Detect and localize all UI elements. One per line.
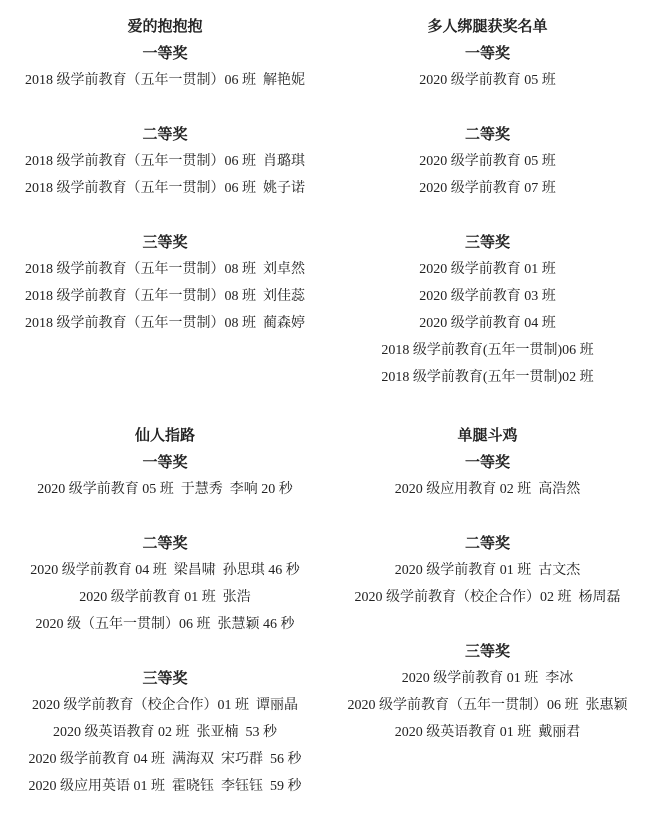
award-header-second-prize: 二等奖 — [0, 121, 330, 148]
section-title-immortal-guide: 仙人指路 — [0, 422, 330, 449]
award-entry: 2020 级学前教育 05 班 — [330, 67, 645, 94]
section-immortal-guide: 仙人指路 一等奖 2020 级学前教育 05 班 于慧秀 李响 20 秒 二等奖… — [0, 422, 330, 834]
award-entry: 2018 级学前教育（五年一贯制）08 班 蔺森婷 — [0, 310, 330, 337]
award-group-second-prize: 二等奖 2020 级学前教育 05 班 2020 级学前教育 07 班 — [330, 121, 645, 202]
award-header-third-prize: 三等奖 — [330, 229, 645, 256]
award-entry: 2020 级应用教育 02 班 高浩然 — [330, 476, 645, 503]
award-group-second-prize: 二等奖 2020 级学前教育 04 班 梁昌啸 孙思琪 46 秒 2020 级学… — [0, 530, 330, 638]
award-entry: 2018 级学前教育（五年一贯制）06 班 肖璐琪 — [0, 148, 330, 175]
award-header-third-prize: 三等奖 — [330, 638, 645, 665]
award-entry: 2018 级学前教育（五年一贯制）08 班 刘佳蕊 — [0, 283, 330, 310]
award-group-first-prize: 一等奖 2020 级应用教育 02 班 高浩然 — [330, 449, 645, 503]
award-header-first-prize: 一等奖 — [330, 449, 645, 476]
award-group-first-prize: 一等奖 2020 级学前教育 05 班 于慧秀 李响 20 秒 — [0, 449, 330, 503]
award-group-third-prize: 三等奖 2018 级学前教育（五年一贯制）08 班 刘卓然 2018 级学前教育… — [0, 229, 330, 337]
award-entry: 2020 级学前教育 04 班 梁昌啸 孙思琪 46 秒 — [0, 557, 330, 584]
section-title-multi-leg: 多人绑腿获奖名单 — [330, 13, 645, 40]
award-entry: 2020 级英语教育 01 班 戴丽君 — [330, 719, 645, 746]
award-entry: 2020 级学前教育 01 班 — [330, 256, 645, 283]
award-header-first-prize: 一等奖 — [330, 40, 645, 67]
award-entry: 2020 级学前教育 04 班 满海双 宋巧群 56 秒 — [0, 746, 330, 773]
award-group-second-prize: 二等奖 2020 级学前教育 01 班 古文杰 2020 级学前教育（校企合作）… — [330, 530, 645, 611]
award-header-second-prize: 二等奖 — [330, 530, 645, 557]
award-entry: 2020 级学前教育 07 班 — [330, 175, 645, 202]
award-group-first-prize: 一等奖 2020 级学前教育 05 班 — [330, 40, 645, 94]
award-entry: 2020 级学前教育（校企合作）01 班 谭丽晶 — [0, 692, 330, 719]
award-group-first-prize: 一等奖 2018 级学前教育（五年一贯制）06 班 解艳妮 — [0, 40, 330, 94]
award-group-third-prize: 三等奖 2020 级学前教育 01 班 2020 级学前教育 03 班 2020… — [330, 229, 645, 391]
award-entry: 2020 级（五年一贯制）06 班 张慧颖 46 秒 — [0, 611, 330, 638]
award-entry: 2020 级学前教育（校企合作）02 班 杨周磊 — [330, 584, 645, 611]
award-entry: 2020 级学前教育 01 班 张浩 — [0, 584, 330, 611]
award-header-first-prize: 一等奖 — [0, 40, 330, 67]
award-header-second-prize: 二等奖 — [330, 121, 645, 148]
award-entry: 2020 级应用英语 01 班 霍晓钰 李钰钰 59 秒 — [0, 773, 330, 800]
award-header-first-prize: 一等奖 — [0, 449, 330, 476]
award-entry: 2020 级学前教育（五年一贯制）06 班 张惠颖 — [330, 692, 645, 719]
award-entry: 2018 级学前教育(五年一贯制)02 班 — [330, 364, 645, 391]
award-header-third-prize: 三等奖 — [0, 665, 330, 692]
award-group-third-prize: 三等奖 2020 级学前教育 01 班 李冰 2020 级学前教育（五年一贯制）… — [330, 638, 645, 746]
award-entry: 2020 级学前教育 05 班 于慧秀 李响 20 秒 — [0, 476, 330, 503]
award-entry: 2018 级学前教育（五年一贯制）06 班 姚子诺 — [0, 175, 330, 202]
award-entry: 2020 级学前教育 03 班 — [330, 283, 645, 310]
award-entry: 2020 级学前教育 04 班 — [330, 310, 645, 337]
section-one-leg-fight: 单腿斗鸡 一等奖 2020 级应用教育 02 班 高浩然 二等奖 2020 级学… — [330, 422, 645, 834]
award-entry: 2018 级学前教育（五年一贯制）06 班 解艳妮 — [0, 67, 330, 94]
section-title-love-hug: 爱的抱抱抱 — [0, 13, 330, 40]
document-page: 爱的抱抱抱 一等奖 2018 级学前教育（五年一贯制）06 班 解艳妮 二等奖 … — [0, 0, 645, 834]
award-entry: 2018 级学前教育（五年一贯制）08 班 刘卓然 — [0, 256, 330, 283]
award-header-third-prize: 三等奖 — [0, 229, 330, 256]
award-group-third-prize: 三等奖 2020 级学前教育（校企合作）01 班 谭丽晶 2020 级英语教育 … — [0, 665, 330, 800]
section-title-one-leg-fight: 单腿斗鸡 — [330, 422, 645, 449]
award-entry: 2018 级学前教育(五年一贯制)06 班 — [330, 337, 645, 364]
award-entry: 2020 级英语教育 02 班 张亚楠 53 秒 — [0, 719, 330, 746]
award-header-second-prize: 二等奖 — [0, 530, 330, 557]
award-entry: 2020 级学前教育 01 班 古文杰 — [330, 557, 645, 584]
section-love-hug: 爱的抱抱抱 一等奖 2018 级学前教育（五年一贯制）06 班 解艳妮 二等奖 … — [0, 13, 330, 422]
section-multi-leg-list: 多人绑腿获奖名单 一等奖 2020 级学前教育 05 班 二等奖 2020 级学… — [330, 13, 645, 422]
award-entry: 2020 级学前教育 05 班 — [330, 148, 645, 175]
award-group-second-prize: 二等奖 2018 级学前教育（五年一贯制）06 班 肖璐琪 2018 级学前教育… — [0, 121, 330, 202]
award-entry: 2020 级学前教育 01 班 李冰 — [330, 665, 645, 692]
